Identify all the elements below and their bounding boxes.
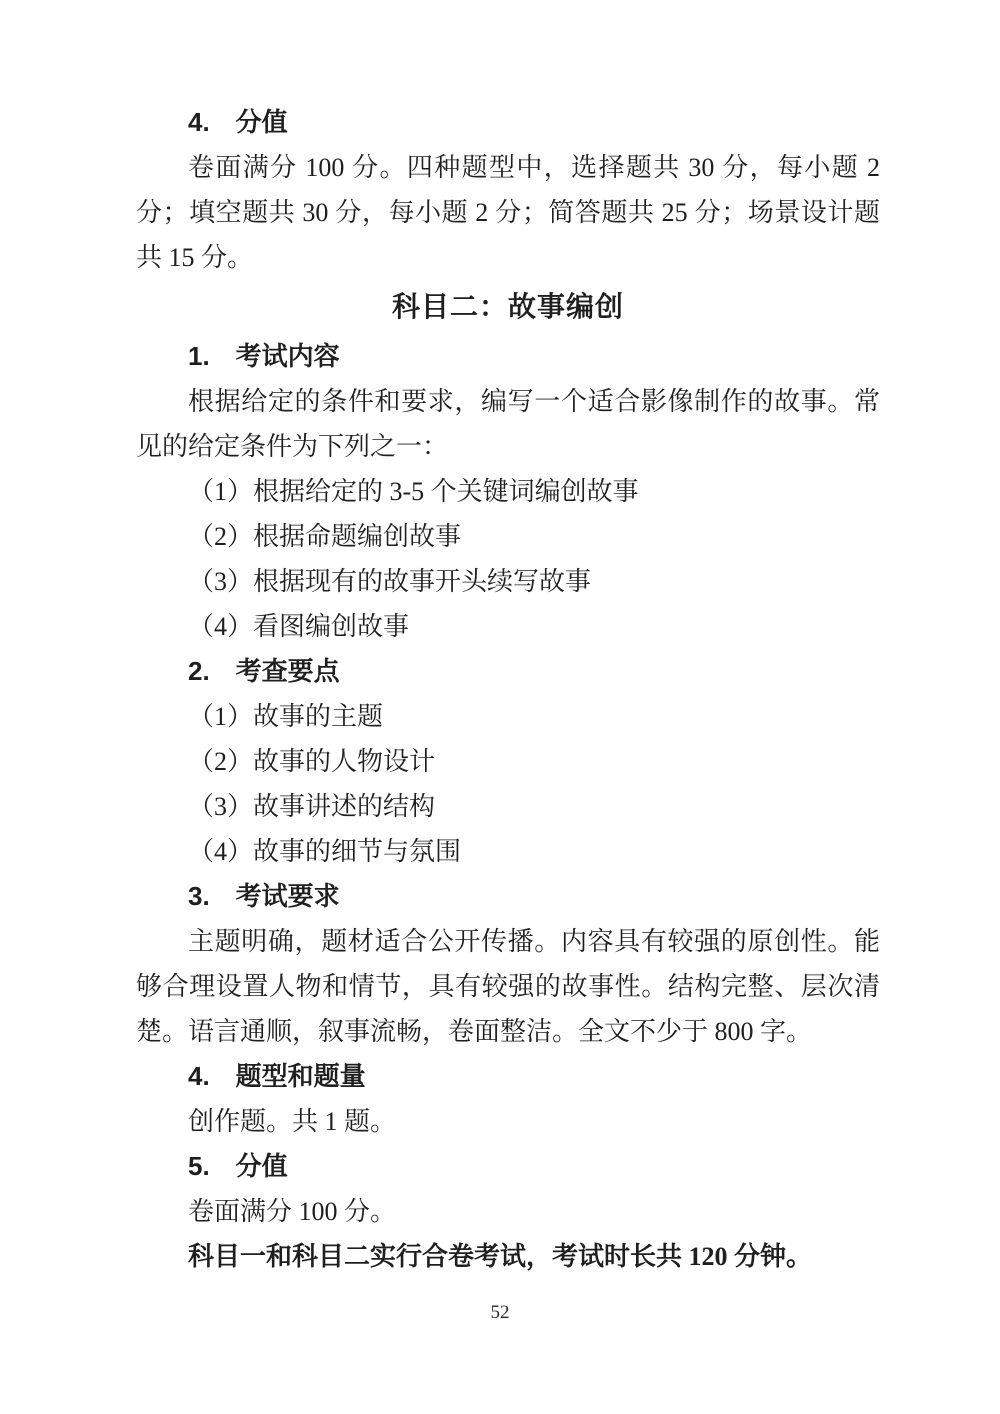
document-content: 4. 分值 卷面满分 100 分。四种题型中，选择题共 30 分，每小题 2分；… — [136, 100, 880, 1279]
list-item: （2）根据命题编创故事 — [136, 514, 880, 559]
page-number: 52 — [0, 1300, 1000, 1326]
list-item: （4）故事的细节与氛围 — [136, 829, 880, 874]
list-item: （2）故事的人物设计 — [136, 739, 880, 784]
heading-score-section4: 4. 分值 — [136, 100, 880, 145]
combined-exam-note: 科目一和科目二实行合卷考试，考试时长共 120 分钟。 — [136, 1234, 880, 1279]
list-item: （3）根据现有的故事开头续写故事 — [136, 559, 880, 604]
paragraph-line: 够合理设置人物和情节，具有较强的故事性。结构完整、层次清 — [136, 964, 880, 1009]
heading-exam-content: 1. 考试内容 — [136, 334, 880, 379]
paragraph-line: 共 15 分。 — [136, 235, 880, 280]
paragraph-exam-content-intro: 根据给定的条件和要求，编写一个适合影像制作的故事。常见的给定条件为下列之一： — [136, 379, 880, 469]
list-item: （3）故事讲述的结构 — [136, 784, 880, 829]
paragraph-score-section5: 卷面满分 100 分。 — [136, 1189, 880, 1234]
paragraph-score-section4: 卷面满分 100 分。四种题型中，选择题共 30 分，每小题 2分；填空题共 3… — [136, 145, 880, 280]
paragraph-line: 卷面满分 100 分。四种题型中，选择题共 30 分，每小题 2 — [136, 145, 880, 190]
list-item: （4）看图编创故事 — [136, 604, 880, 649]
heading-exam-requirements: 3. 考试要求 — [136, 874, 880, 919]
paragraph-line: 主题明确，题材适合公开传播。内容具有较强的原创性。能 — [136, 919, 880, 964]
paragraph-exam-requirements: 主题明确，题材适合公开传播。内容具有较强的原创性。能够合理设置人物和情节，具有较… — [136, 919, 880, 1054]
paragraph-line: 见的给定条件为下列之一： — [136, 424, 880, 469]
paragraph-question-types: 创作题。共 1 题。 — [136, 1099, 880, 1144]
heading-question-types: 4. 题型和题量 — [136, 1054, 880, 1099]
heading-score-section5: 5. 分值 — [136, 1144, 880, 1189]
document-page: 4. 分值 卷面满分 100 分。四种题型中，选择题共 30 分，每小题 2分；… — [0, 0, 1000, 1414]
paragraph-line: 根据给定的条件和要求，编写一个适合影像制作的故事。常 — [136, 379, 880, 424]
list-item: （1）根据给定的 3-5 个关键词编创故事 — [136, 469, 880, 514]
heading-key-points: 2. 考查要点 — [136, 649, 880, 694]
paragraph-line: 楚。语言通顺，叙事流畅，卷面整洁。全文不少于 800 字。 — [136, 1009, 880, 1054]
list-exam-content-conditions: （1）根据给定的 3-5 个关键词编创故事（2）根据命题编创故事（3）根据现有的… — [136, 469, 880, 649]
subject2-title: 科目二：故事编创 — [136, 284, 880, 329]
list-item: （1）故事的主题 — [136, 694, 880, 739]
paragraph-line: 分；填空题共 30 分，每小题 2 分；简答题共 25 分；场景设计题 — [136, 190, 880, 235]
list-key-points: （1）故事的主题（2）故事的人物设计（3）故事讲述的结构（4）故事的细节与氛围 — [136, 694, 880, 874]
